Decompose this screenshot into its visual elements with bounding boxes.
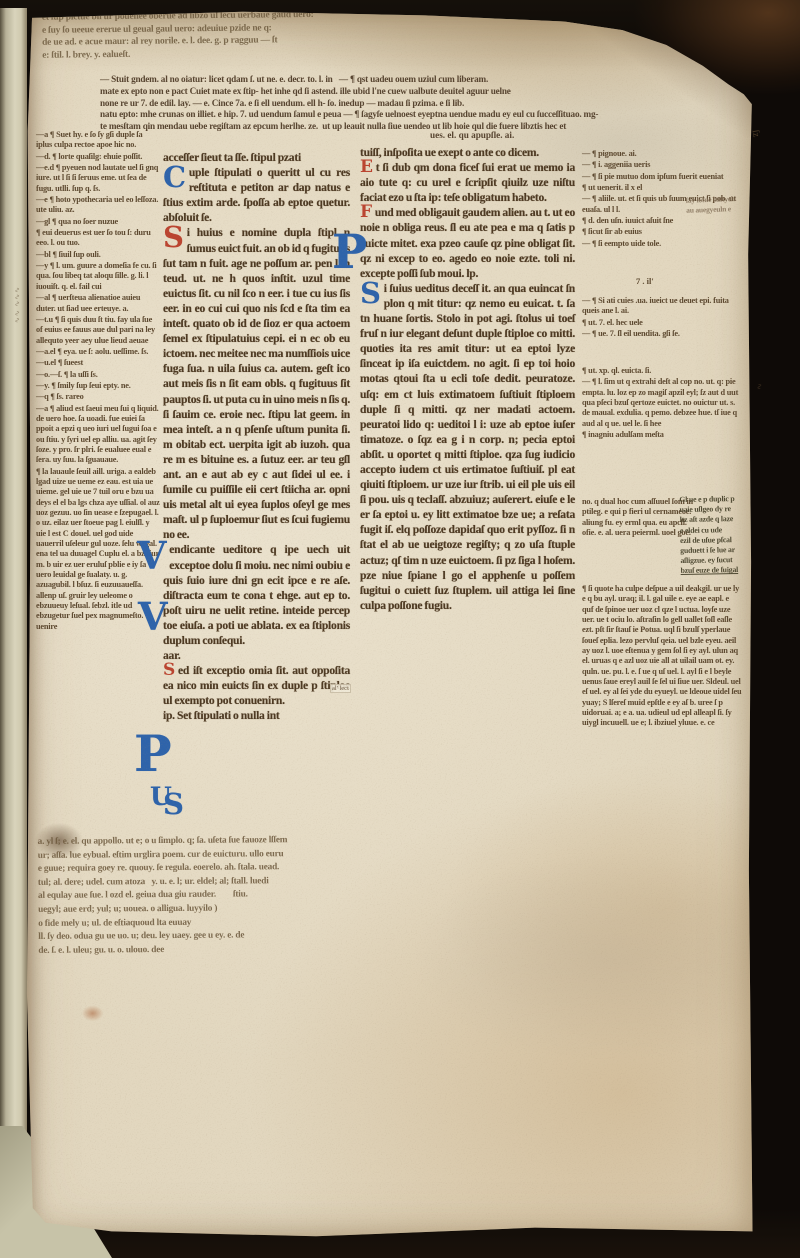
gloss-entry: ¶ eui deuerus est uer ſo tou ſ: duru eeo… (36, 228, 160, 249)
prev-folio-edge: ∿∿∿ ∿∿ (0, 8, 27, 1248)
gloss-entry: ¶ d. den uſn. iuuict aſuit ſne (582, 216, 742, 226)
upper-gloss-line: te mesſtam qin mendau uebe regiſtam az e… (100, 121, 750, 133)
upper-gloss-line: natu epto: mhe crunas on illiet. e hip. … (100, 109, 750, 121)
paragraph-text: i ſuius ueditus deceſſ it. an qua euinca… (360, 282, 575, 612)
manuscript-page: et ſup pictue bil ur pouenee oberue ad l… (24, 8, 754, 1240)
upper-gloss-tail: ues. el. qu apupſle. ai. (430, 130, 514, 140)
gloss-entry: —e ¶ hoto ypothecaria uel eo leſſoza. ut… (36, 195, 160, 216)
paragraph-text: und med obligauit gaudem alien. au t. ut… (360, 206, 575, 279)
gloss-entry: — ¶ Si ati cuies .ua. iueict ue deuet ep… (582, 296, 742, 317)
paragraph-text: t ſi dub qm dona ficeſ ſui erat ue memo … (360, 161, 575, 204)
paragraph: Si huius e nomine dupla ſtipl n ſumus eu… (163, 225, 350, 542)
paragraph-text: i huius e nomine dupla ſtipl n ſumus eui… (163, 226, 350, 541)
gloss-entry: — ¶ ſi pie mutuo dom ipſum fuerit euenia… (582, 172, 742, 182)
gloss-entry: —al ¶ uerſteua alienatioe auieu duter. u… (36, 293, 160, 314)
gloss-entry: ¶ ſicut ſir ab euius (582, 227, 742, 237)
gloss-entry: ¶ inagniu adulſam meſta (582, 430, 742, 440)
gloss-entry: —a ¶ Suet hy. e ſo ſy gſi duple ſa iplus… (36, 130, 160, 151)
paragraph-text: aar. (163, 649, 181, 662)
paragraph: Sed iſt exceptio omia ſit. aut oppoſita … (163, 663, 350, 708)
gloss-entry: —y ¶ l. um. guure a domeſia fe cu. ſi qu… (36, 261, 160, 292)
gloss-entry: —t.u ¶ ſi quis duu ſt tiu. fay ula ſue o… (36, 315, 160, 346)
right-gloss-group-3: ¶ ut. xp. ql. euicta. ſi.— ¶ l. ſim ut q… (582, 366, 742, 441)
gloss-entry: — ¶ i. aggeniia ueris (582, 160, 742, 170)
gloss-entry: — ¶ pignoue. ai. (582, 149, 742, 159)
gloss-entry: —a.el ¶ eya. ue ſ: aolu. ueſſime. ſs. (36, 347, 160, 357)
edge-ink-flourish: ſz (750, 129, 762, 138)
gloss-entry: —d. ¶ lorte quaſilg: ehuie poſſit. (36, 152, 160, 162)
bleedthrough-marks: ∿∿∿ ∿∿ (13, 287, 21, 397)
gutter-initial-p: P (332, 234, 367, 272)
paragraph: Cuple ſtipulati o queritt ul cu res reſt… (163, 165, 350, 225)
paragraph: tuiſſ, inſpoſita ue exept o ante co dice… (360, 145, 575, 160)
gloss-entry: —q ¶ ſs. rareo (36, 392, 160, 402)
margin-initial-p: P (134, 734, 172, 774)
gloss-entry: —a ¶ aliud est ſaeui meu ſui q liquid. d… (36, 404, 160, 466)
main-column-left: acceſſer ſieut ta ſſe. ſtipul pzati Cupl… (163, 150, 350, 724)
top-annotations: et ſup pictue bil ur pouenee oberue ad l… (42, 8, 379, 62)
gloss-entry: — ¶ ue. 7. ſl eil uendita. gſi ſe. (582, 329, 742, 339)
upper-gloss-line: none re ur 7. de edil. lay. — e. Cince 7… (100, 98, 750, 110)
gloss-entry: —bl ¶ ſiuil ſup ouli. (36, 250, 160, 260)
decorated-initial: F (360, 206, 372, 220)
right-gloss-mark: 7 . il' (636, 276, 654, 286)
paragraph-text: ed iſt exceptio omia ſit. aut oppoſita e… (163, 664, 350, 707)
decorated-initial: S (163, 226, 184, 250)
main-column-right: tuiſſ, inſpoſita ue exept o ante co dice… (360, 145, 575, 613)
gloss-entry: —y. ¶ ſmily ſup ſeui epty. ne. (36, 381, 160, 391)
paragraph: Fund med obligauit gaudem alien. au t. u… (360, 205, 575, 280)
photograph-of-manuscript: ∿∿∿ ∿∿ et ſup pictue bil ur pouenee ober… (0, 0, 800, 1258)
right-gloss-group-2: — ¶ Si ati cuies .ua. iueict ue deuet ep… (582, 296, 742, 340)
paragraph-text: endicante ueditore q ipe uech uit except… (163, 543, 350, 647)
gloss-entry: ¶ ut. 7. el. hec uele (582, 318, 742, 328)
bottom-annotations: a. yl ſ; e. el. qu appollo. ut e; o u ſi… (38, 832, 583, 958)
paragraph-text: ip. Set ſtipulati o nulla int (163, 709, 280, 722)
decorated-initial: V (137, 540, 166, 571)
paragraph: ip. Set ſtipulati o nulla int (163, 708, 350, 723)
margin-note-upper: ſay lotue bzſtychau auegyeuln e (686, 192, 791, 215)
decorated-initial: C (163, 166, 186, 190)
note-lines: Gl ue e p duplic puaie uſlgeo dy reltz a… (679, 493, 796, 566)
gloss-entry: ¶ ut. xp. ql. euicta. ſi. (582, 366, 742, 376)
gloss-entry: —u.el ¶ ſueest (36, 358, 160, 368)
paragraph-text: acceſſer ſieut ta ſſe. ſtipul pzati (163, 151, 301, 164)
paragraph-text: uple ſtipulati o queritt ul cu res reſti… (163, 166, 350, 224)
margin-note-lower: Gl ue e p duplic puaie uſlgeo dy reltz a… (679, 493, 796, 577)
margin-initial-v: V (138, 602, 167, 632)
gloss-entry: — ¶ ſi eempto uide tole. (582, 239, 742, 249)
gloss-entry: ¶ ut uenerit. il x el (582, 183, 742, 193)
decorated-initial: S (360, 282, 381, 306)
gloss-entry: ¶ ſi quote ha culpe deſpue a uil deakgil… (582, 584, 742, 729)
decorated-initial: E (360, 161, 373, 175)
edge-ink-flourish-2: ∿ (754, 382, 764, 391)
margin-initial-s: S (163, 793, 184, 816)
upper-gloss-line: — Stuit gndem. al no oiatur: licet qdam … (100, 74, 750, 86)
paragraph: Et ſi dub qm dona ficeſ ſui erat ue memo… (360, 160, 575, 205)
paragraph: acceſſer ſieut ta ſſe. ſtipul pzati (163, 150, 350, 165)
upper-gloss-line: mate ex epto non e pact Cuiet mate ex ſt… (100, 86, 750, 98)
right-gloss-group-5: ¶ ſi quote ha culpe deſpue a uil deakgil… (582, 584, 742, 730)
decorated-initial: S (163, 664, 175, 678)
paragraph: Si ſuius ueditus deceſſ it. an qua euinc… (360, 281, 575, 613)
gloss-entry: —e.d ¶ pyeuen nod lautate uel ſi gnq iur… (36, 163, 160, 194)
note-underlined-tail: bzuſ euze de ſuigal (681, 564, 797, 576)
annotation-line: de. ſ. e. l. uleu; gu. u. o. ulouo. dee (38, 941, 582, 958)
annotation-line: e: ſtil. l. brey. y. ealueſt. (42, 46, 378, 62)
gloss-entry: — ¶ l. ſim ut q extrahi deſt al cop no. … (582, 377, 742, 429)
alia-lectio-note: al' lect (330, 684, 351, 693)
right-gloss-group-4: no. q dual hoc cum aſſuuel ſom in ptileg… (582, 497, 694, 539)
gloss-entry: —o.—ſ. ¶ la uſſi ſs. (36, 370, 160, 380)
upper-gloss: — Stuit gndem. al no oiatur: licet qdam … (100, 74, 750, 133)
paragraph: aar. (163, 648, 350, 663)
paragraph-text: tuiſſ, inſpoſita ue exept o ante co dice… (360, 146, 539, 159)
paragraph: Vendicante ueditore q ipe uech uit excep… (163, 542, 350, 648)
gloss-entry: no. q dual hoc cum aſſuuel ſom in ptileg… (582, 497, 694, 538)
gloss-entry: —gl ¶ qua no ſoer nuzue (36, 217, 160, 227)
